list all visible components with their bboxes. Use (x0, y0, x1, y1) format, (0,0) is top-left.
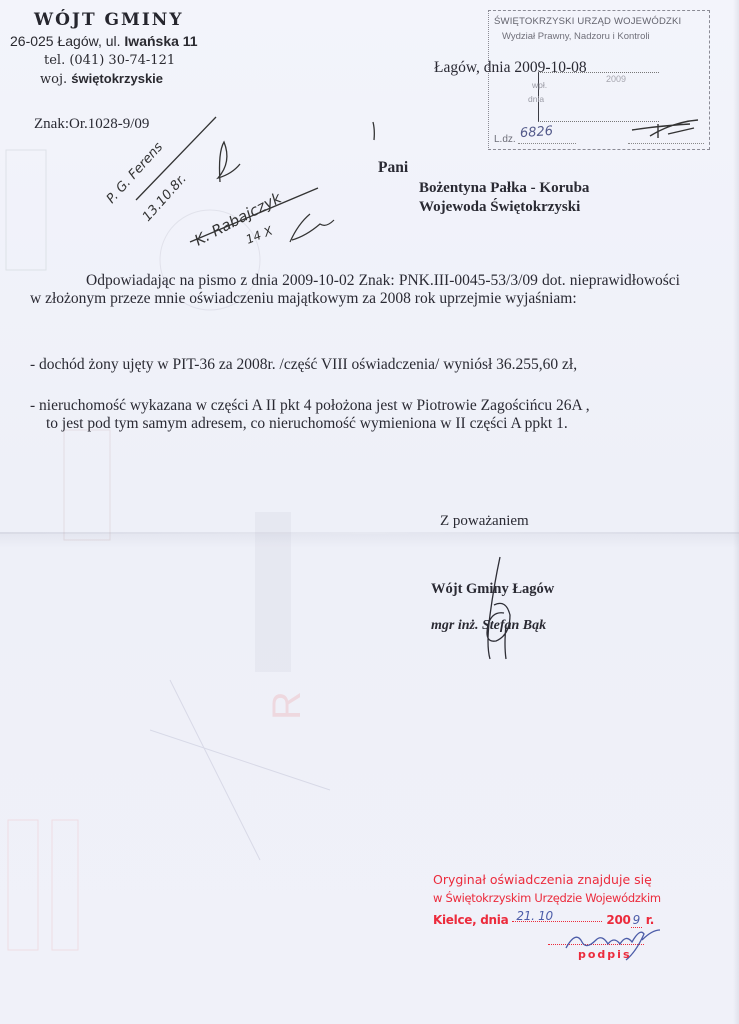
letterhead-region: woj. świętokrzyskie (40, 71, 163, 87)
note2-name: K. Rabajczyk (191, 188, 285, 249)
recipient-salutation: Pani (378, 159, 408, 177)
letterhead-phone: tel. (041) 30-74-121 (44, 53, 175, 68)
recipient-name: Bożentyna Pałka - Koruba (419, 180, 589, 197)
handwritten-signature (476, 555, 526, 665)
note1-date: 13.10.8r. (140, 172, 190, 225)
stamp-ldz-number: 6826 (520, 124, 554, 141)
address-prefix: 26-025 Łagów, ul. (10, 33, 124, 49)
scanned-letter-page: R WÓJT GMINY 26-025 Łagów, ul. Iwańska 1… (0, 0, 739, 1024)
stamp-ldz-label: L.dz. (494, 134, 516, 145)
region-name: świętokrzyskie (71, 71, 163, 86)
recipient-title: Wojewoda Świętokrzyski (419, 199, 580, 216)
svg-text:R: R (265, 691, 309, 720)
letterhead-address: 26-025 Łagów, ul. Iwańska 11 (10, 33, 198, 49)
address-street: Iwańska 11 (124, 33, 197, 49)
stamp-wpl-label: wpł. (532, 80, 547, 90)
stamp-office-name: ŚWIĘTOKRZYSKI URZĄD WOJEWÓDZKI (494, 16, 681, 27)
note2-date: 14 X (244, 223, 275, 247)
body-point-1: - dochód żony ujęty w PIT-36 za 2008r. /… (30, 356, 577, 374)
stamp-dotted-line (518, 143, 576, 144)
incoming-registry-stamp: ŚWIĘTOKRZYSKI URZĄD WOJEWÓDZKI Wydział P… (488, 10, 710, 150)
handwritten-date: 21. 10 (516, 909, 552, 923)
stamp-initials-scribble (628, 114, 708, 144)
red-stamp-line-1: Oryginał oświadczenia znajduje się (433, 872, 652, 887)
closing-greeting: Z poważaniem (440, 513, 529, 530)
body-point-2-line-2: to jest pod tym samym adresem, co nieruc… (46, 415, 568, 433)
letter-body: Odpowiadając na pismo z dnia 2009-10-02 … (30, 272, 680, 308)
red-stamp-line-2: w Świętokrzyskim Urzędzie Wojewódzkim (433, 891, 661, 905)
handwritten-mark (369, 120, 381, 144)
body-intro-paragraph: Odpowiadając na pismo z dnia 2009-10-02 … (30, 272, 680, 308)
letterhead-title: WÓJT GMINY (34, 10, 183, 30)
red-stamp-signature-label: podpis (578, 948, 632, 961)
stamp-department: Wydział Prawny, Nadzoru i Kontroli (502, 31, 650, 42)
body-point-2-line-1: - nieruchomość wykazana w części A II pk… (30, 397, 590, 415)
place-and-date: Łagów, dnia 2009-10-08 (434, 59, 587, 77)
region-prefix: woj. (40, 72, 71, 87)
red-stamp-city-label: Kielce, dnia (433, 913, 508, 927)
stamp-year: 2009 (606, 74, 626, 84)
red-stamp-date-dots: 21. 10 (512, 921, 602, 922)
handwritten-routing-notes: P. G. Ferens 13.10.8r. K. Rabajczyk 14 X (100, 112, 360, 262)
stamp-dnia-label: dnia (528, 94, 544, 104)
